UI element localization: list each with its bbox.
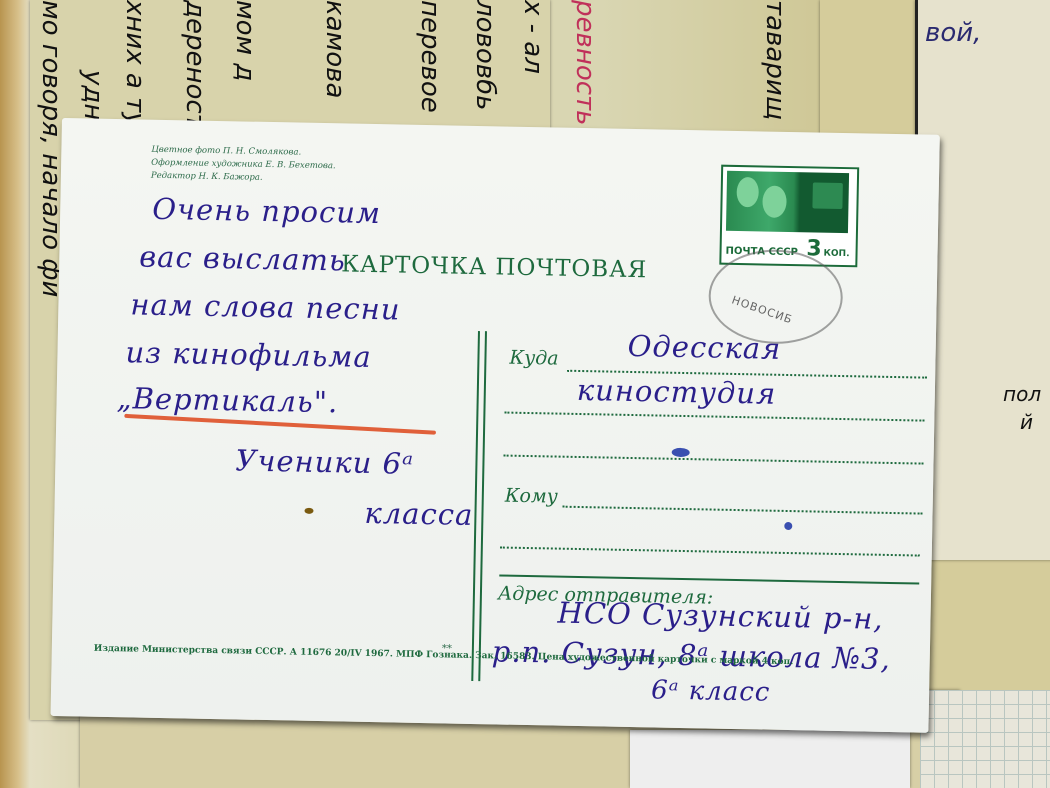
background-script-fragment: й bbox=[1020, 410, 1033, 434]
message-line: нам слова песни bbox=[130, 287, 401, 326]
message-line: вас выслать bbox=[139, 240, 346, 278]
postcard-title: КАРТОЧКА ПОЧТОВАЯ bbox=[341, 251, 647, 283]
message-line: „Вертикаль". bbox=[116, 381, 338, 419]
to-label: Куда bbox=[509, 347, 559, 370]
card-divider bbox=[471, 331, 487, 681]
background-script-fragment: пол bbox=[1003, 382, 1041, 406]
stamp-face-icon bbox=[762, 185, 787, 217]
background-script-line: перевое bbox=[415, 0, 445, 113]
background-script-line: лововбь bbox=[470, 0, 500, 110]
sender-value: НСО Сузунский р-н, bbox=[557, 596, 884, 636]
ink-stain bbox=[672, 448, 690, 457]
to-value: киностудия bbox=[577, 373, 777, 411]
background-script-line: таварищ bbox=[760, 0, 790, 120]
message-line: Очень просим bbox=[152, 192, 381, 230]
postcard: Цветное фото П. Н. Смолякова. Оформление… bbox=[51, 118, 940, 733]
photo-credits: Цветное фото П. Н. Смолякова. Оформление… bbox=[151, 144, 336, 187]
background-script-line: камова bbox=[320, 0, 350, 98]
to-value: Одесская bbox=[627, 329, 781, 366]
stamp-value-unit: КОП. bbox=[823, 249, 849, 259]
whom-label: Кому bbox=[505, 485, 558, 508]
background-script-line: мом д bbox=[230, 0, 260, 81]
white-sheet bbox=[630, 730, 910, 788]
sender-value: 6ᵃ класс bbox=[651, 675, 771, 707]
message-signature: класса bbox=[364, 496, 473, 532]
whom-line bbox=[500, 546, 920, 556]
to-line bbox=[504, 455, 924, 465]
message-signature: Ученики 6ᵃ bbox=[235, 443, 414, 480]
ink-stain bbox=[304, 508, 313, 514]
stamp-flag-icon bbox=[812, 182, 842, 209]
message-line: из кинофильма bbox=[125, 335, 372, 374]
stamp-illustration-icon bbox=[726, 171, 849, 233]
whom-line bbox=[563, 506, 923, 515]
to-line bbox=[504, 412, 924, 422]
background-script-line: дереност bbox=[180, 0, 210, 129]
background-red-script: ревность bbox=[570, 0, 600, 126]
background-script-line: х - ал bbox=[518, 0, 548, 74]
postmark-text: НОВОСИБ bbox=[730, 293, 794, 326]
stamp-face-icon bbox=[736, 177, 759, 207]
background-script-fragment: вой, bbox=[925, 18, 981, 48]
graph-paper bbox=[920, 690, 1050, 788]
ink-stain bbox=[784, 522, 792, 530]
